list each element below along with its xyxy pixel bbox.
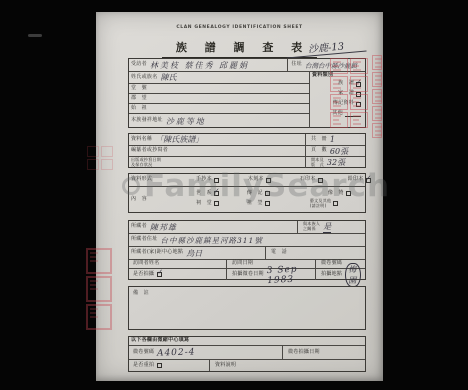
format-option-label: 手抄本: [196, 177, 212, 183]
format-checkbox: [318, 178, 323, 183]
film-date-label: 拍攝微卷日期: [232, 272, 264, 278]
film-date2-label: 微卷拍攝日期: [288, 350, 320, 356]
content-option-label: 像 贊: [328, 191, 344, 197]
roll-cell: 微卷號碼 A402-4: [131, 348, 279, 358]
section-holder: 所藏者 陳邦雄 與本族人 之關係 是 所藏者住址 台中縣沙鹿鎮星河路311號 所…: [128, 220, 366, 280]
blank-line: [345, 111, 361, 117]
surname-value: 陳氏: [161, 72, 177, 83]
microfilm-header-row: 以下各欄由微縮中心填寫: [129, 337, 365, 346]
format-option: 石印本: [300, 177, 323, 183]
category-checkbox: [356, 82, 361, 87]
divider: [297, 221, 298, 233]
surname-row: 姓氏或族名 陳氏: [129, 72, 309, 84]
divider: [315, 269, 316, 280]
hall-label: 堂 號: [131, 86, 147, 92]
notes-cell: 資料說明: [213, 363, 363, 369]
holder-address-value: 台中縣沙鹿鎮星河路311號: [161, 235, 263, 246]
contents-line2: 祠 堂 祖 塋 藝文及其他 (請註明): [160, 199, 363, 208]
format-value: 32張: [327, 157, 345, 168]
scan-artifact: [28, 34, 42, 37]
divider: [209, 360, 210, 371]
category-checkbox: [356, 102, 361, 107]
category-option-label: 族 譜: [338, 81, 354, 87]
phone-cell: 電 話: [269, 250, 363, 256]
contents-label: 內 容: [131, 197, 157, 203]
content-option: 藝文及其他 (請註明): [310, 199, 339, 208]
ancestor-row: 始 祖: [129, 104, 309, 114]
address-value: 台灣台中縣沙鹿鎮: [305, 61, 363, 70]
section-source: 資料名稱 「陳氏族譜」 共 冊 1 編纂者或抄寫者 頁 數 60張 出版或抄寫日…: [128, 133, 366, 168]
section-material: 資料形式 手抄本 木刻本 石印本 鉛印本 內: [128, 173, 366, 213]
format-option: 手抄本: [196, 177, 219, 183]
film-date-value: 3 Sep 1983: [266, 263, 310, 285]
divider: [265, 247, 266, 259]
ancestor-label: 始 祖: [131, 106, 147, 112]
category-option: 家 譜: [312, 90, 363, 99]
content-option-label: 世 系: [196, 191, 212, 197]
roll-row: 微卷號碼 A402-4 微卷拍攝日期: [129, 346, 365, 360]
category-option: 族 譜: [312, 80, 363, 89]
format-option: 木刻本: [248, 177, 271, 183]
divider: [287, 59, 288, 71]
category-other: 其他: [312, 110, 363, 119]
format-option-label: 石印本: [300, 177, 316, 183]
holder-distance-label: 所藏者(家)距中心地點: [131, 250, 183, 256]
divider: [305, 134, 306, 145]
content-option: 祠 堂: [196, 201, 219, 207]
edition-label: 出版或抄寫日期 及保存狀況: [131, 158, 161, 167]
roll-label: 微卷號碼: [133, 350, 154, 356]
compiler-row: 編纂者或抄寫者 頁 數 60張: [129, 146, 365, 157]
divider: [315, 260, 316, 268]
pages-label: 頁 數: [311, 148, 327, 154]
content-option-label: 祠 堂: [196, 201, 212, 207]
content-option-label: 藝文及其他 (請註明): [310, 199, 332, 208]
surname-label: 姓氏或族名: [131, 75, 158, 81]
category-option-label: 家 譜: [338, 91, 354, 97]
format-label: 開本及 版 式: [311, 158, 324, 167]
scanned-document-view: CLAN GENEALOGY IDENTIFICATION SHEET 族 譜 …: [0, 0, 468, 390]
film-place-value: 梅園: [345, 263, 361, 287]
content-option: 祖 塋: [247, 201, 270, 207]
content-checkbox: [346, 191, 351, 196]
section-respondent: 受訪者 林美枝 蔡佳秀 邱麗娟 住址 台灣台中縣沙鹿鎮 姓氏或族名 陳氏 堂 號: [128, 58, 366, 128]
category-column: 資料類別 族 譜 家 譜 傳記資料 其他: [310, 72, 365, 128]
format-option: 鉛印本: [348, 177, 371, 183]
roll-value: A402-4: [157, 347, 196, 358]
respondent-names: 林美枝 蔡佳秀 邱麗娟: [150, 60, 284, 71]
volume-label: 共 冊: [311, 137, 327, 143]
table1-body: 姓氏或族名 陳氏 堂 號 郡 望 始 祖: [129, 72, 365, 128]
divider: [305, 146, 306, 156]
content-option-label: 祖 塋: [247, 201, 263, 207]
divider: [226, 269, 227, 280]
pages-value: 60張: [330, 146, 348, 157]
origin-row: 本族發祥地址 沙鹿等地: [129, 114, 309, 128]
compiler-label: 編纂者或抄寫者: [131, 148, 168, 154]
respondent-row: 受訪者 林美枝 蔡佳秀 邱麗娟 住址 台灣台中縣沙鹿鎮: [129, 59, 365, 72]
refilm-row: 是否重拍 資料說明: [129, 360, 365, 371]
holder-label: 所藏者: [131, 224, 147, 230]
holder-address-label: 所藏者住址: [131, 237, 158, 243]
content-option: 世 系: [196, 191, 219, 197]
content-option-label: 傳 記: [247, 191, 263, 197]
junwang-label: 郡 望: [131, 96, 147, 102]
format-cell: 開本及 版 式 32張: [309, 157, 363, 168]
material-form-row: 資料形式 手抄本 木刻本 石印本 鉛印本: [129, 174, 365, 187]
hall-row: 堂 號: [129, 84, 309, 94]
notes-label: 資料說明: [215, 363, 236, 369]
relation-cell: 與本族人 之關係 是: [301, 221, 363, 233]
source-title-value: 「陳氏族譜」: [155, 134, 302, 145]
holder-row: 所藏者 陳邦雄 與本族人 之關係 是: [129, 221, 365, 234]
pages-cell: 頁 數 60張: [309, 146, 363, 157]
film-date-cell: 拍攝微卷日期 3 Sep 1983: [230, 265, 312, 285]
format-checkbox: [214, 178, 219, 183]
content-checkbox: [333, 201, 338, 206]
divider: [226, 260, 227, 268]
red-seal-left-stamp: [86, 248, 112, 330]
red-seal-faint-stamp: [87, 146, 113, 170]
refilm-checkbox: [157, 363, 162, 368]
remarks-box: 備 註: [128, 286, 366, 330]
filmed-label: 是否拍攝: [133, 272, 154, 278]
remarks-label: 備 註: [133, 291, 149, 297]
red-seal-edge-stamp: [372, 55, 382, 138]
format-checkbox: [266, 178, 271, 183]
content-checkbox: [265, 201, 270, 206]
content-checkbox: [214, 201, 219, 206]
english-header: CLAN GENEALOGY IDENTIFICATION SHEET: [96, 25, 383, 30]
category-option-label: 傳記資料: [333, 101, 354, 107]
category-checkbox: [356, 92, 361, 97]
filming-header-cell: 訪問者姓名: [131, 261, 223, 267]
format-option-label: 木刻本: [248, 177, 264, 183]
table1-left-column: 姓氏或族名 陳氏 堂 號 郡 望 始 祖: [129, 72, 310, 128]
volume-value: 1: [330, 135, 335, 144]
filming-row: 是否拍攝 拍攝微卷日期 3 Sep 1983 拍攝地點 梅園: [129, 269, 365, 280]
category-other-label: 其他: [332, 111, 343, 117]
filmed-cell: 是否拍攝: [131, 272, 223, 278]
content-option: 傳 記: [247, 191, 270, 197]
interviewer-label: 訪問者姓名: [133, 261, 160, 267]
format-checkbox: [366, 178, 371, 183]
source-title-row: 資料名稱 「陳氏族譜」 共 冊 1: [129, 134, 365, 146]
address-label: 住址: [291, 62, 302, 68]
holder-distance-value: 烏日: [186, 248, 262, 259]
edition-row: 出版或抄寫日期 及保存狀況 開本及 版 式 32張: [129, 157, 365, 168]
refilm-label: 是否重拍: [133, 363, 154, 369]
divider: [305, 157, 306, 168]
respondent-label: 受訪者: [131, 62, 147, 68]
material-form-label: 資料形式: [131, 177, 157, 183]
origin-value: 沙鹿等地: [166, 116, 206, 127]
film-date2-cell: 微卷拍攝日期: [286, 350, 363, 356]
volume-cell: 共 冊 1: [309, 135, 363, 144]
content-checkbox: [265, 191, 270, 196]
divider: [282, 346, 283, 359]
contents-grid: 世 系 傳 記 像 贊 祠: [160, 191, 363, 209]
filmed-checkbox: [157, 272, 162, 277]
film-place-label: 拍攝地點: [321, 272, 342, 278]
relation-value: 是: [323, 221, 331, 233]
junwang-row: 郡 望: [129, 94, 309, 104]
content-checkbox: [214, 191, 219, 196]
contents-line1: 世 系 傳 記 像 贊: [160, 191, 363, 197]
origin-label: 本族發祥地址: [131, 118, 163, 124]
relation-label: 與本族人 之關係: [303, 222, 320, 231]
phone-label: 電 話: [271, 250, 287, 256]
category-option: 傳記資料: [312, 100, 363, 109]
contents-row: 內 容 世 系 傳 記 像 贊: [129, 187, 365, 212]
holder-address-row: 所藏者住址 台中縣沙鹿鎮星河路311號: [129, 234, 365, 247]
genealogy-form-paper: CLAN GENEALOGY IDENTIFICATION SHEET 族 譜 …: [96, 12, 383, 381]
film-place-cell: 拍攝地點 梅園: [319, 263, 363, 287]
section-microfilm: 以下各欄由微縮中心填寫 微卷號碼 A402-4 微卷拍攝日期 是否重拍: [128, 336, 366, 372]
content-option: 像 贊: [328, 191, 351, 197]
refilm-cell: 是否重拍: [131, 363, 206, 369]
source-title-label: 資料名稱: [131, 137, 152, 143]
microfilm-header: 以下各欄由微縮中心填寫: [131, 338, 189, 344]
format-option-label: 鉛印本: [348, 177, 364, 183]
holder-name: 陳邦雄: [150, 222, 294, 233]
holder-distance-row: 所藏者(家)距中心地點 烏日 電 話: [129, 247, 365, 260]
